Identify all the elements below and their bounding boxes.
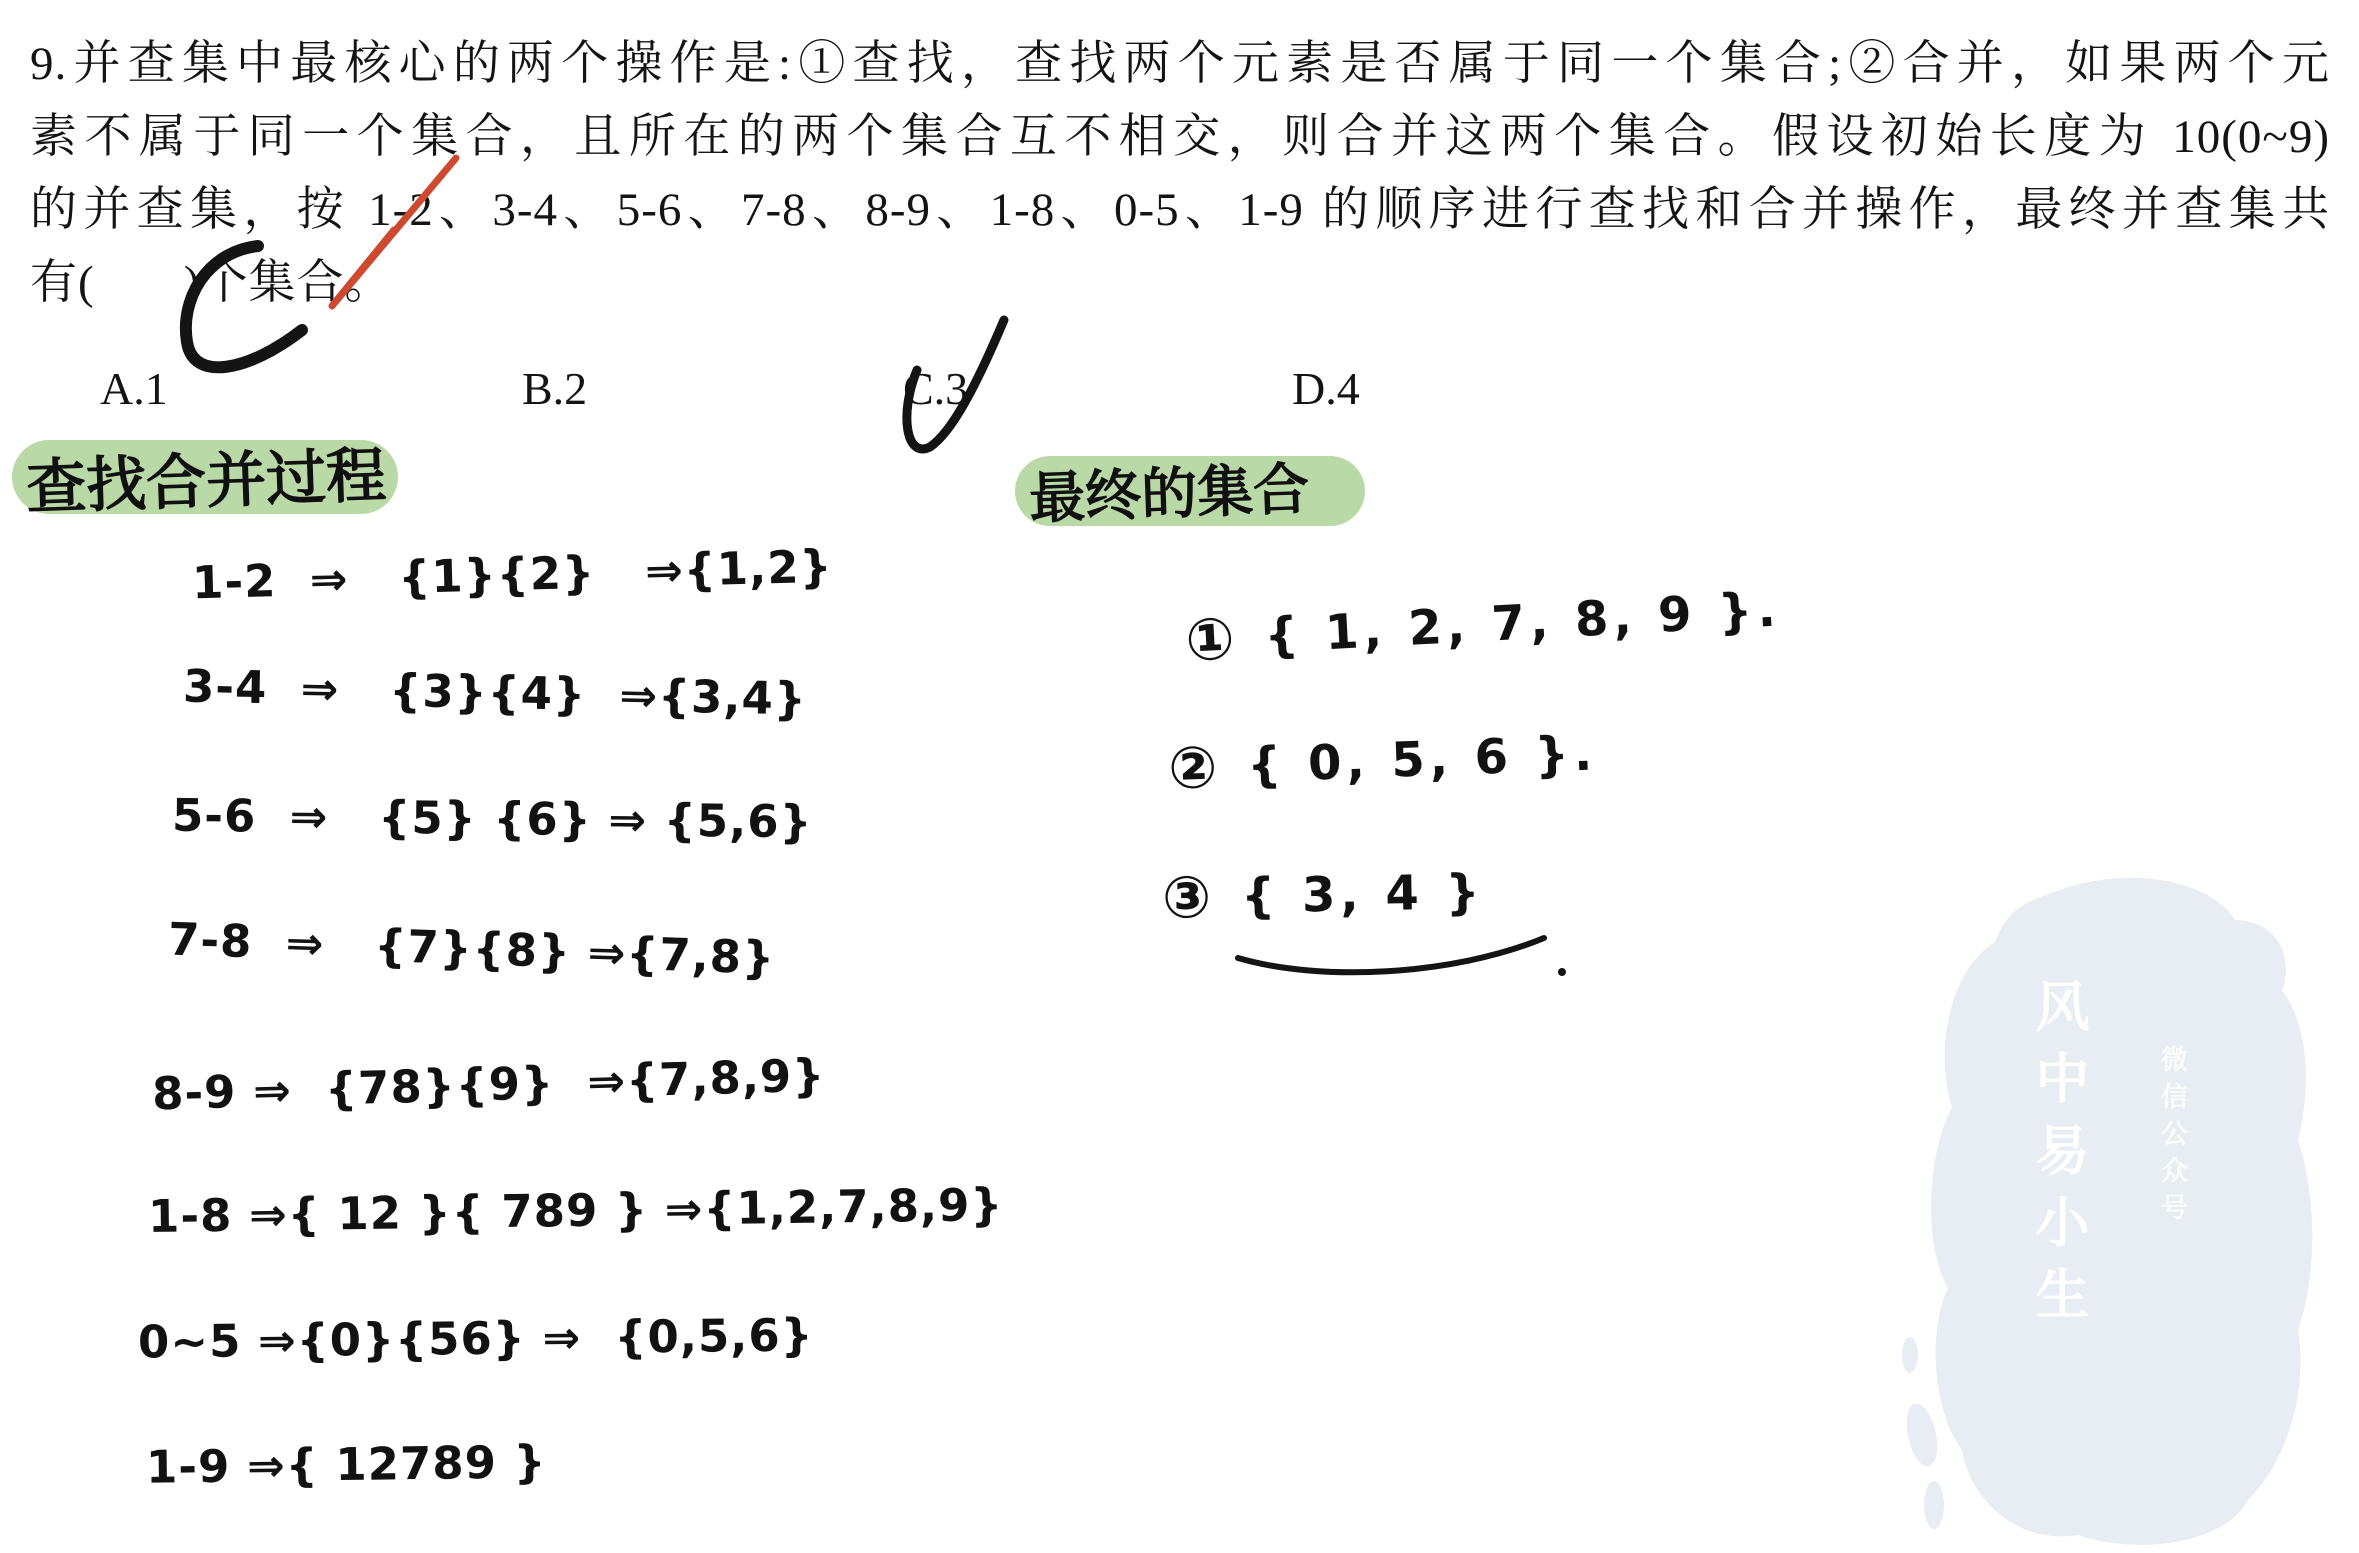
final-set-row: ② { 0, 5, 6 }.	[1167, 725, 1598, 798]
work-step-2: 3-4 ⇒ {3}{4} ⇒{3,4}	[183, 659, 808, 725]
work-step-4: 7-8 ⇒ {7}{8} ⇒{7,8}	[167, 912, 776, 984]
circled-number-2: ②	[1167, 738, 1218, 798]
watermark-stone-blob	[1900, 850, 2359, 1553]
watermark: 风中易小生 微信公众号	[1900, 850, 2359, 1553]
underline-swoosh	[1238, 938, 1544, 972]
work-step-6: 1-8 ⇒{ 12 }{ 789 } ⇒{1,2,7,8,9}	[148, 1178, 1004, 1243]
option-a: A.1	[100, 362, 168, 415]
work-step-1: 1-2 ⇒ {1}{2} ⇒{1,2}	[191, 540, 833, 610]
watermark-subtitle: 微信公众号	[2152, 1045, 2191, 1230]
question-line-2: 素不属于同一个集合，且所在的两个集合互不相交，则合并这两个集合。假设初始长度为 …	[30, 103, 2330, 171]
question-line-4-answer-blank: 有( )个集合。	[30, 249, 2330, 317]
work-step-5: 8-9 ⇒ {78}{9} ⇒{7,8,9}	[151, 1049, 826, 1121]
final-set-2-value: { 0, 5, 6 }.	[1246, 725, 1598, 795]
circled-number-1: ①	[1184, 609, 1236, 669]
work-step-8: 1-9 ⇒{ 12789 }	[146, 1435, 547, 1494]
work-step-3: 5-6 ⇒ {5} {6} ⇒ {5,6}	[172, 789, 813, 849]
option-d: D.4	[1292, 362, 1360, 415]
work-step-7: 0~5 ⇒{0}{56} ⇒ {0,5,6}	[138, 1308, 814, 1368]
option-c: C.3	[903, 362, 968, 415]
final-set-row: ③ { 3, 4 }	[1162, 863, 1486, 927]
highlight-process: 查找合并过程	[12, 440, 398, 514]
label-final-sets: 最终的集合	[1028, 445, 1311, 535]
question-line-1: 9.并查集中最核心的两个操作是:①查找，查找两个元素是否属于同一个集合;②合并，…	[30, 30, 2330, 98]
watermark-brand: 风中易小生	[2020, 978, 2097, 1338]
final-set-1-value: { 1, 2, 7, 8, 9 }.	[1263, 580, 1782, 665]
highlight-final: 最终的集合	[1015, 456, 1365, 526]
question-line-3: 的并查集，按 1-2、3-4、5-6、7-8、8-9、1-8、0-5、1-9 的…	[30, 176, 2330, 244]
period-dot	[1558, 968, 1566, 976]
label-find-merge-process: 查找合并过程	[25, 428, 388, 527]
exam-page: 9.并查集中最核心的两个操作是:①查找，查找两个元素是否属于同一个集合;②合并，…	[0, 0, 2359, 1553]
option-b: B.2	[522, 362, 587, 415]
circled-number-3: ③	[1162, 868, 1212, 927]
final-set-row: ① { 1, 2, 7, 8, 9 }.	[1184, 580, 1782, 669]
final-set-3-value: { 3, 4 }	[1241, 863, 1485, 925]
